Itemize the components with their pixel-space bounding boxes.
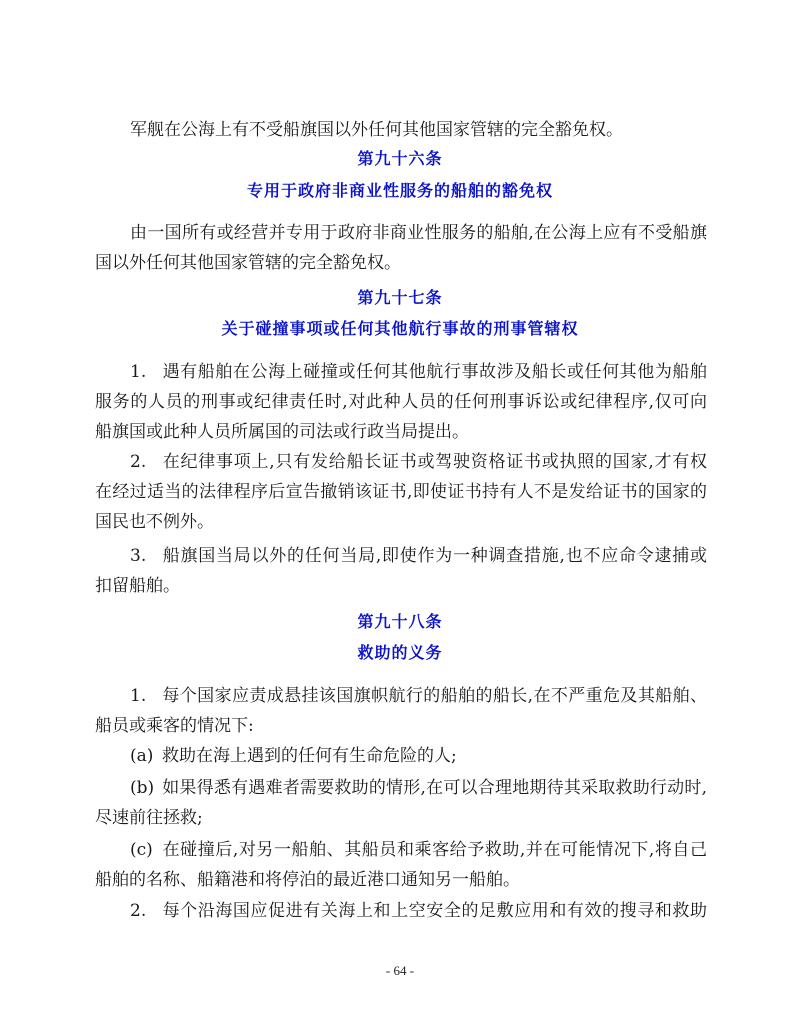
paragraph-line: 船旗国或此种人员所属国的司法或行政当局提出。	[95, 421, 707, 443]
document-page: 军舰在公海上有不受船旗国以外任何其他国家管辖的完全豁免权。 第九十六条 专用于政…	[0, 0, 800, 1035]
paragraph-line: (c)在碰撞后,对另一船舶、其船员和乘客给予救助,并在可能情况下,将自己	[130, 839, 707, 861]
article-title-98: 救助的义务	[0, 642, 800, 664]
item-number: (b)	[130, 777, 162, 799]
article-number-96: 第九十六条	[0, 148, 800, 170]
item-number: 2.	[130, 900, 162, 922]
item-number: 1.	[130, 685, 162, 707]
article-title-96: 专用于政府非商业性服务的船舶的豁免权	[0, 180, 800, 202]
paragraph-line: 2.每个沿海国应促进有关海上和上空安全的足敷应用和有效的搜寻和救助	[130, 900, 707, 922]
paragraph-line: 1.每个国家应责成悬挂该国旗帜航行的船舶的船长,在不严重危及其船舶、	[130, 685, 707, 707]
paragraph-line: 国以外任何其他国家管辖的完全豁免权。	[95, 252, 707, 274]
paragraph-line: 3.船旗国当局以外的任何当局,即使作为一种调查措施,也不应命令逮捕或	[130, 545, 707, 567]
paragraph-line: 服务的人员的刑事或纪律责任时,对此种人员的任何刑事诉讼或纪律程序,仅可向	[95, 391, 707, 413]
item-text: 船旗国当局以外的任何当局,即使作为一种调查措施,也不应命令逮捕或	[162, 546, 707, 566]
paragraph-line: 船舶的名称、船籍港和将停泊的最近港口通知另一船舶。	[95, 869, 707, 891]
paragraph-line: 船员或乘客的情况下:	[95, 715, 707, 737]
item-text: 救助在海上遇到的任何有生命危险的人;	[162, 746, 457, 766]
paragraph-line: 在经过适当的法律程序后宣告撤销该证书,即使证书持有人不是发给证书的国家的	[95, 481, 707, 503]
paragraph-line: 1.遇有船舶在公海上碰撞或任何其他航行事故涉及船长或任何其他为船舶	[130, 361, 707, 383]
item-number: 3.	[130, 545, 162, 567]
paragraph-line: (b)如果得悉有遇难者需要救助的情形,在可以合理地期待其采取救助行动时,	[130, 777, 707, 799]
item-text: 每个沿海国应促进有关海上和上空安全的足敷应用和有效的搜寻和救助	[162, 901, 707, 921]
article-title-97: 关于碰撞事项或任何其他航行事故的刑事管辖权	[0, 318, 800, 340]
paragraph-line: 由一国所有或经营并专用于政府非商业性服务的船舶,在公海上应有不受船旗	[130, 222, 707, 244]
item-text: 遇有船舶在公海上碰撞或任何其他航行事故涉及船长或任何其他为船舶	[162, 362, 707, 382]
article-number-98: 第九十八条	[0, 611, 800, 633]
paragraph-line: 军舰在公海上有不受船旗国以外任何其他国家管辖的完全豁免权。	[130, 119, 707, 141]
paragraph-line: 扣留船舶。	[95, 575, 707, 597]
item-number: (c)	[130, 839, 162, 861]
item-number: (a)	[130, 745, 162, 767]
item-number: 2.	[130, 451, 162, 473]
item-text: 如果得悉有遇难者需要救助的情形,在可以合理地期待其采取救助行动时,	[162, 778, 707, 798]
item-text: 每个国家应责成悬挂该国旗帜航行的船舶的船长,在不严重危及其船舶、	[162, 686, 707, 706]
item-number: 1.	[130, 361, 162, 383]
article-number-97: 第九十七条	[0, 287, 800, 309]
page-number: - 64 -	[0, 963, 800, 979]
item-text: 在碰撞后,对另一船舶、其船员和乘客给予救助,并在可能情况下,将自己	[162, 840, 707, 860]
paragraph-line: 国民也不例外。	[95, 511, 707, 533]
paragraph-line: (a)救助在海上遇到的任何有生命危险的人;	[130, 745, 707, 767]
paragraph-line: 尽速前往拯救;	[95, 807, 707, 829]
paragraph-line: 2.在纪律事项上,只有发给船长证书或驾驶资格证书或执照的国家,才有权	[130, 451, 707, 473]
item-text: 在纪律事项上,只有发给船长证书或驾驶资格证书或执照的国家,才有权	[162, 452, 707, 472]
